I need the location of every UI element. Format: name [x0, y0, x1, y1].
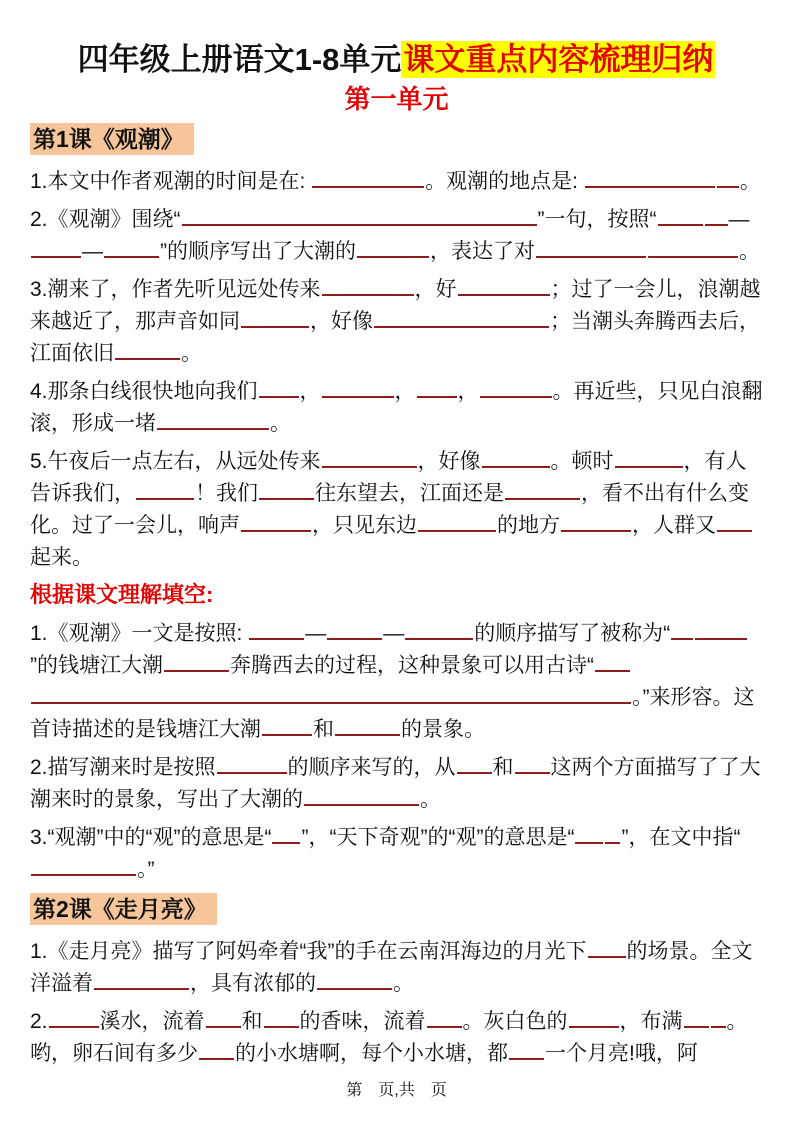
question-text: ， — [395, 380, 416, 403]
blank-field — [157, 408, 269, 430]
question-text: 。 — [270, 412, 291, 435]
worksheet-page: 四年级上册语文1-8单元课文重点内容梳理归纳 第一单元 第1课《观潮》1.本文中… — [0, 0, 793, 1122]
question-paragraph: 1.《走月亮》描写了阿妈牵着“我”的手在云南洱海边的月光下的场景。全文洋溢着，具… — [30, 936, 763, 1000]
blank-field — [182, 204, 537, 226]
question-text: 。 — [420, 788, 441, 811]
question-text: ， — [300, 380, 321, 403]
question-paragraph: 4.那条白线很快地向我们，，，。再近些，只见白浪翻滚，形成一堵。 — [30, 376, 763, 440]
blank-field — [49, 1006, 99, 1028]
blank-field — [482, 446, 550, 468]
lesson-header-label: 第2课《走月亮》 — [30, 893, 217, 925]
blank-field — [262, 714, 312, 736]
question-text: 的景象。 — [401, 718, 485, 741]
blank-field — [31, 236, 81, 258]
question-text: ”的钱塘江大潮 — [30, 654, 163, 677]
question-paragraph: 3.潮来了，作者先听见远处传来，好；过了一会儿，浪潮越来越近了，那声音如同，好像… — [30, 274, 763, 370]
blank-field — [357, 236, 429, 258]
blank-field — [259, 376, 299, 398]
question-text: 和 — [493, 756, 514, 779]
blank-field — [658, 204, 703, 226]
blank-field — [505, 478, 580, 500]
question-text: ，好像 — [310, 310, 373, 333]
blank-field — [317, 968, 392, 990]
question-text: 的顺序来写的，从 — [288, 756, 456, 779]
blank-field — [536, 236, 646, 258]
question-text: ，好像 — [418, 450, 481, 473]
blank-field — [374, 306, 549, 328]
question-text: — — [729, 208, 750, 231]
question-text: 和 — [242, 1010, 263, 1033]
blank-field — [695, 618, 747, 640]
blank-field — [717, 510, 752, 532]
question-text: 。顿时 — [551, 450, 614, 473]
question-text: 2. — [30, 1010, 48, 1033]
blank-field — [427, 1006, 462, 1028]
blank-field — [605, 822, 620, 844]
blank-field — [104, 236, 159, 258]
question-text: 和 — [313, 718, 334, 741]
blank-field — [705, 204, 728, 226]
blank-field — [241, 306, 309, 328]
question-text: 。” — [137, 858, 155, 881]
blank-field — [327, 618, 382, 640]
question-paragraph: 2.《观潮》围绕“”一句，按照“——”的顺序写出了大潮的，表达了对。 — [30, 204, 763, 268]
lesson-header: 第2课《走月亮》 — [30, 892, 763, 930]
question-text: — — [383, 622, 404, 645]
question-text: ”，“天下奇观”的“观”的意思是“ — [301, 826, 574, 849]
question-text: 1.本文中作者观潮的时间是在: — [30, 170, 311, 193]
question-text: ， — [458, 380, 479, 403]
question-text: 奔腾西去的过程，这种景象可以用古诗“ — [230, 654, 594, 677]
question-text: 。 — [393, 972, 414, 995]
question-paragraph: 2.溪水，流着和的香味，流着。灰白色的，布满。哟，卵石间有多少的小水塘啊，每个小… — [30, 1006, 763, 1070]
blank-field — [588, 936, 626, 958]
question-text: 。灰白色的 — [463, 1010, 568, 1033]
blank-field — [405, 618, 473, 640]
question-paragraph: 5.午夜后一点左右，从远处传来，好像。顿时，有人告诉我们，！我们往东望去，江面还… — [30, 446, 763, 574]
question-text: 5.午夜后一点左右，从远处传来 — [30, 450, 321, 473]
blank-field — [561, 510, 631, 532]
page-footer: 第 页,共 页 — [0, 1077, 793, 1100]
question-paragraph: 2.描写潮来时是按照的顺序来写的，从和这两个方面描写了了大潮来时的景象，写出了大… — [30, 752, 763, 816]
question-text: 1.《观潮》一文是按照: — [30, 622, 248, 645]
blank-field — [575, 822, 603, 844]
question-text: ，布满 — [620, 1010, 683, 1033]
question-text: ，只见东边 — [312, 514, 417, 537]
question-text: 的小水塘啊，每个小水塘，都 — [235, 1042, 508, 1065]
question-text: ，表达了对 — [430, 240, 535, 263]
blank-field — [136, 478, 194, 500]
blank-field — [322, 274, 414, 296]
blank-field — [206, 1006, 241, 1028]
question-text: 的香味，流着 — [300, 1010, 426, 1033]
question-text: ，人群又 — [632, 514, 716, 537]
blank-field — [648, 236, 738, 258]
blank-field — [615, 446, 683, 468]
question-text: 3.潮来了，作者先听见远处传来 — [30, 278, 321, 301]
section-subheader-label: 根据课文理解填空: — [30, 582, 213, 607]
blank-field — [335, 714, 400, 736]
blank-field — [31, 682, 631, 704]
blank-field — [115, 338, 180, 360]
blank-field — [272, 822, 300, 844]
blank-field — [515, 752, 550, 774]
question-text: ，好 — [415, 278, 457, 301]
question-text: 往东望去，江面还是 — [315, 482, 504, 505]
blank-field — [31, 854, 136, 876]
question-paragraph: 1.《观潮》一文是按照: ——的顺序描写了被称为“”的钱塘江大潮奔腾西去的过程，… — [30, 618, 763, 746]
question-text: 。 — [740, 170, 761, 193]
question-text: 。 — [739, 240, 760, 263]
question-text: 3.“观潮”中的“观”的意思是“ — [30, 826, 271, 849]
question-text: 起来。 — [30, 546, 93, 569]
blank-field — [480, 376, 552, 398]
page-title-highlight: 课文重点内容梳理归纳 — [401, 41, 715, 78]
blank-field — [217, 752, 287, 774]
question-text: 1.《走月亮》描写了阿妈牵着“我”的手在云南洱海边的月光下 — [30, 940, 587, 963]
lesson-header: 第1课《观潮》 — [30, 122, 763, 160]
blank-field — [312, 166, 424, 188]
blank-field — [418, 510, 496, 532]
question-text: ”一句，按照“ — [538, 208, 657, 231]
blank-field — [264, 1006, 299, 1028]
blank-field — [457, 752, 492, 774]
blank-field — [249, 618, 304, 640]
question-paragraph: 3.“观潮”中的“观”的意思是“”，“天下奇观”的“观”的意思是“”，在文中指“… — [30, 822, 763, 886]
question-text: ”的顺序写出了大潮的 — [160, 240, 356, 263]
question-text: ！我们 — [195, 482, 258, 505]
blank-field — [241, 510, 311, 532]
question-paragraph: 1.本文中作者观潮的时间是在: 。观潮的地点是: 。 — [30, 166, 763, 198]
question-text: 一个月亮!哦，阿 — [545, 1042, 698, 1065]
page-title-plain: 四年级上册语文1-8单元 — [78, 42, 402, 77]
blank-field — [711, 1006, 726, 1028]
question-text: 。观潮的地点是: — [425, 170, 584, 193]
blank-field — [458, 274, 550, 296]
unit-subtitle: 第一单元 — [30, 84, 763, 114]
blank-field — [509, 1038, 544, 1060]
blank-field — [322, 376, 394, 398]
question-text: 溪水，流着 — [100, 1010, 205, 1033]
blank-field — [94, 968, 189, 990]
question-text: ，具有浓郁的 — [190, 972, 316, 995]
question-text: — — [305, 622, 326, 645]
question-text: 4.那条白线很快地向我们 — [30, 380, 258, 403]
blank-field — [322, 446, 417, 468]
question-text: 的顺序描写了被称为“ — [474, 622, 670, 645]
question-text: 2.《观潮》围绕“ — [30, 208, 181, 231]
blank-field — [304, 784, 419, 806]
question-text: 。 — [181, 342, 202, 365]
blank-field — [671, 618, 693, 640]
page-title: 四年级上册语文1-8单元课文重点内容梳理归纳 — [30, 40, 763, 80]
question-text: — — [82, 240, 103, 263]
section-subheader: 根据课文理解填空: — [30, 580, 763, 610]
blank-field — [569, 1006, 619, 1028]
blank-field — [595, 650, 630, 672]
blank-field — [417, 376, 457, 398]
blank-field — [717, 166, 739, 188]
blank-field — [585, 166, 715, 188]
lesson-header-label: 第1课《观潮》 — [30, 123, 194, 155]
blank-field — [164, 650, 229, 672]
blank-field — [684, 1006, 709, 1028]
blank-field — [199, 1038, 234, 1060]
question-text: ”，在文中指“ — [621, 826, 740, 849]
question-text: 的地方 — [497, 514, 560, 537]
blank-field — [259, 478, 314, 500]
worksheet-body: 第1课《观潮》1.本文中作者观潮的时间是在: 。观潮的地点是: 。2.《观潮》围… — [30, 122, 763, 1070]
question-text: 2.描写潮来时是按照 — [30, 756, 216, 779]
